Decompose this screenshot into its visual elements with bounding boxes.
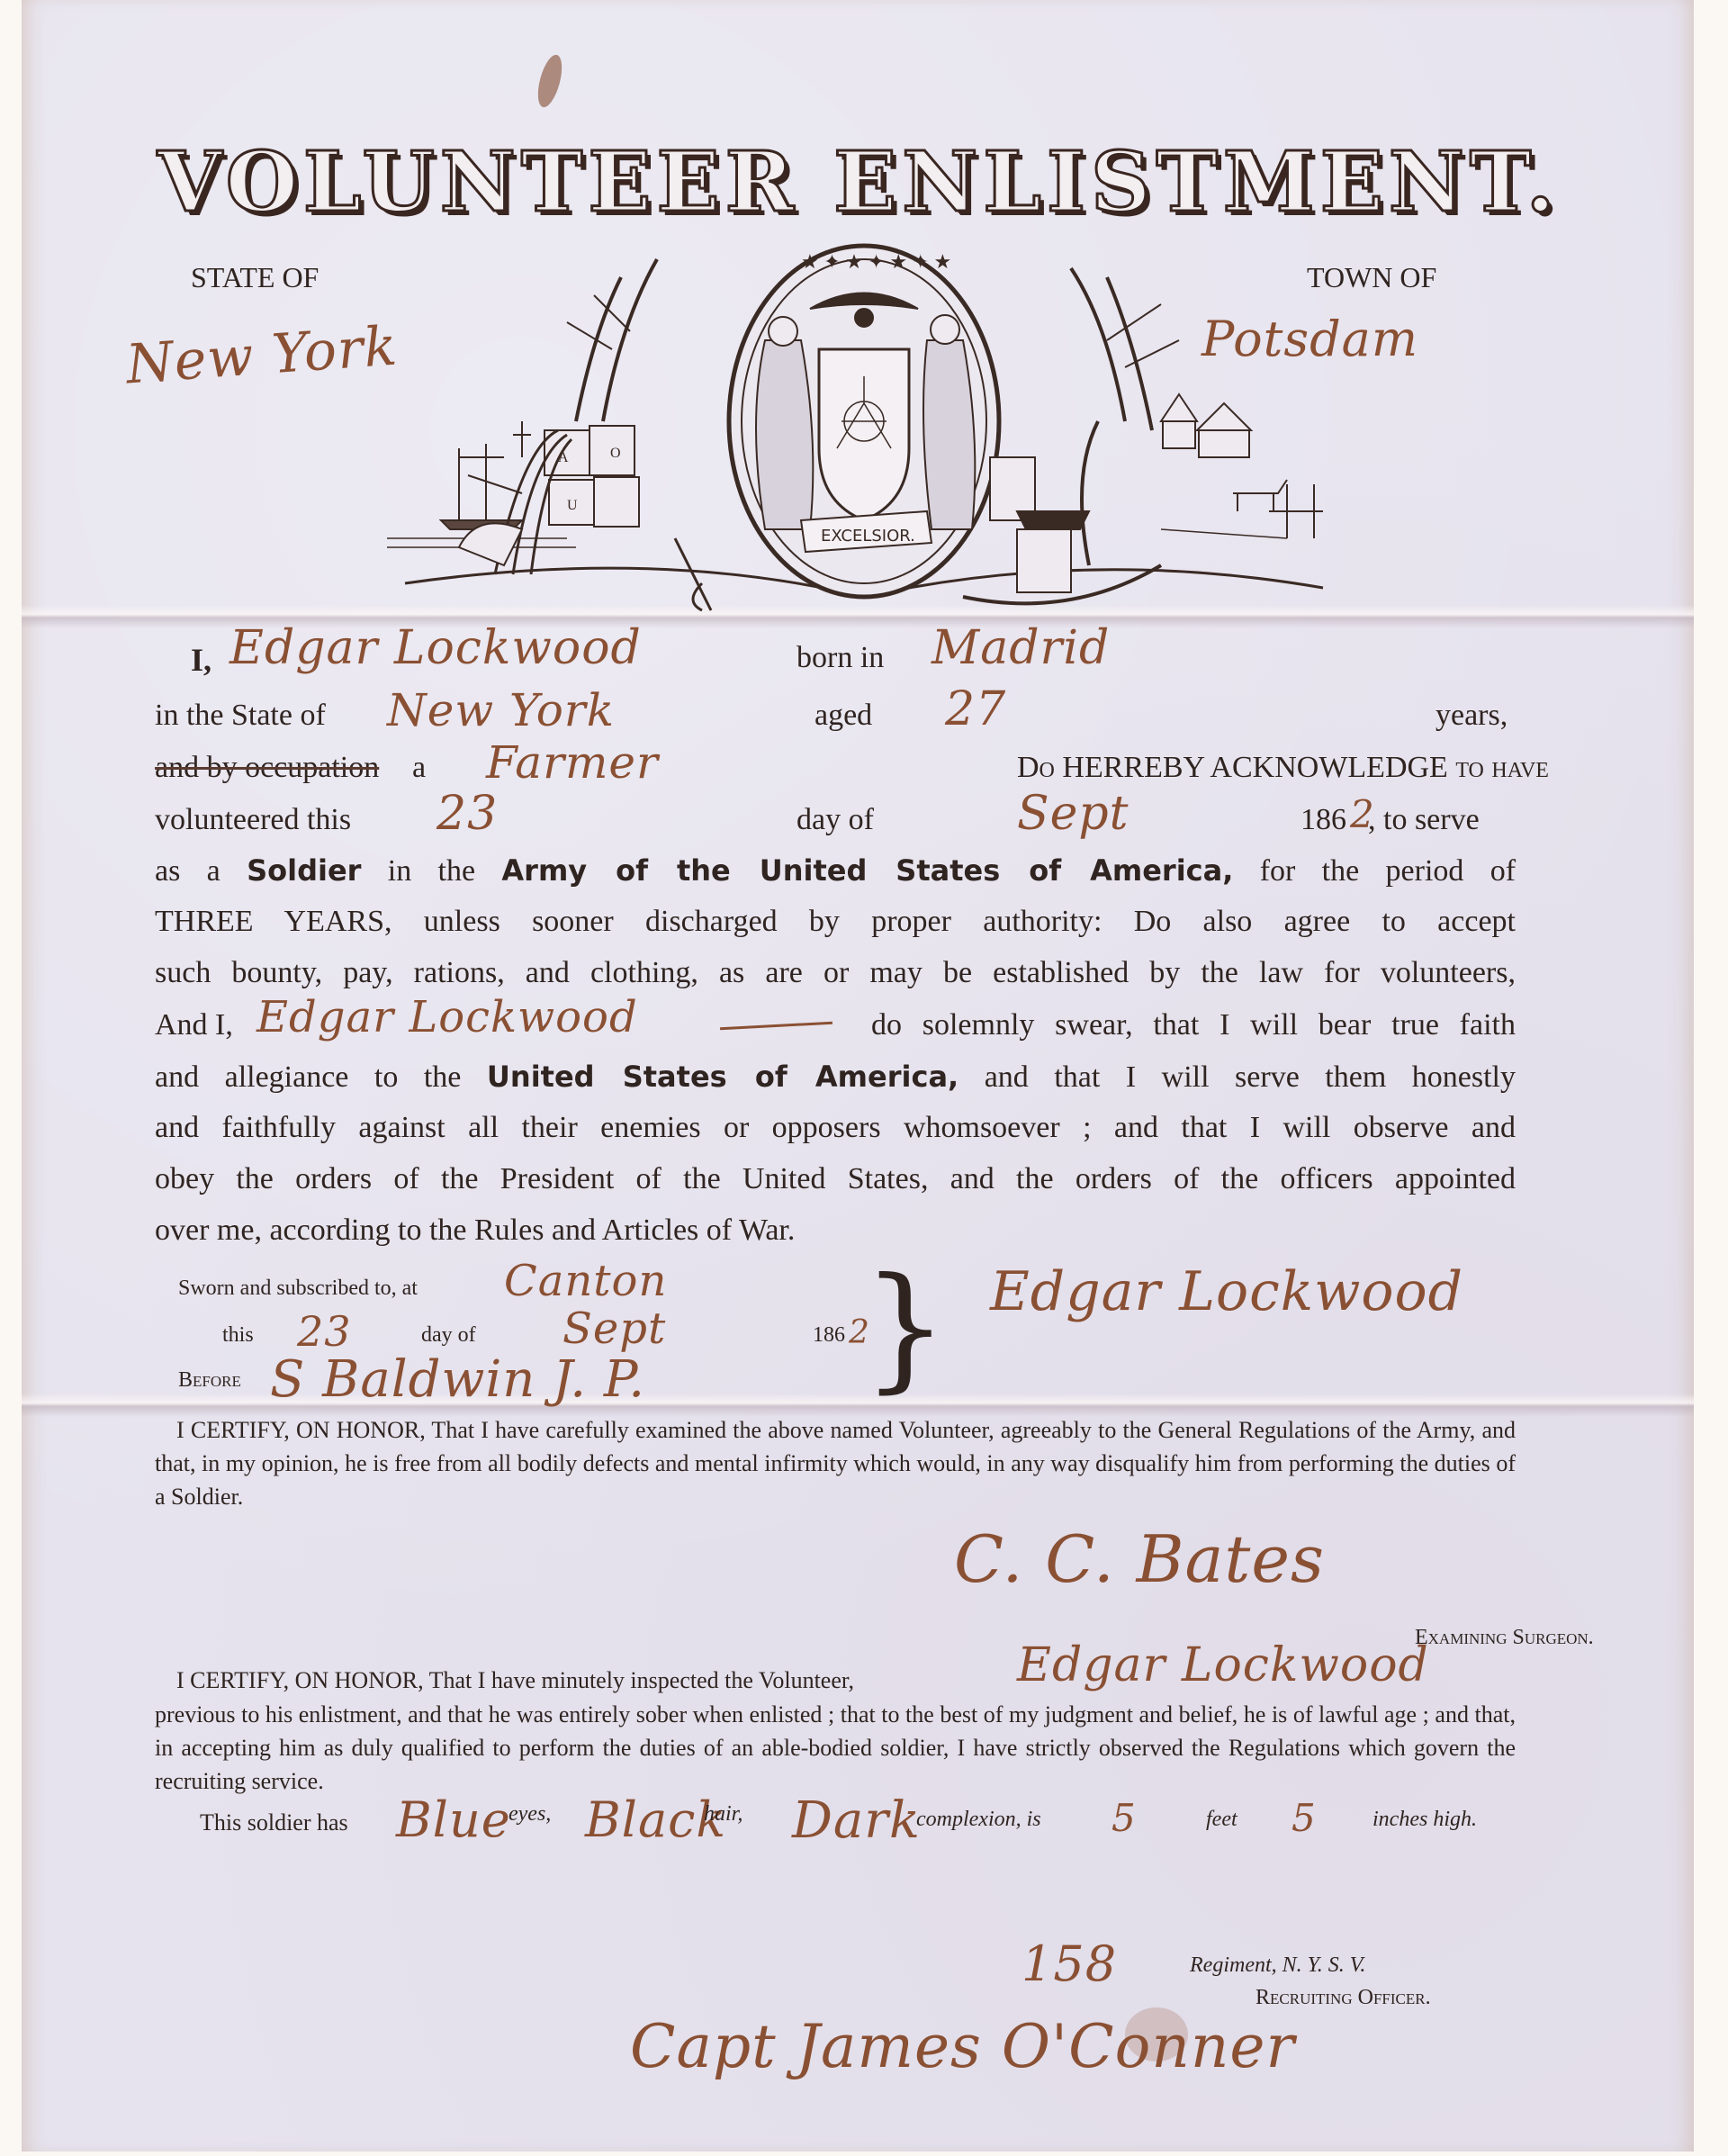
sworn-day-value: 23: [297, 1307, 352, 1356]
surgeon-title: Examining Surgeon.: [1415, 1626, 1594, 1650]
oath-name-value: Edgar Lockwood: [256, 992, 638, 1042]
body-line-three-years: THREE YEARS, unless sooner discharged by…: [155, 905, 1516, 939]
new-york-state-arms-engraving-icon: ★ ✦ ★ ✦ ★ ✦ ★: [387, 241, 1341, 619]
years-label: years,: [1435, 699, 1507, 733]
recruiting-officer-title: Recruiting Officer.: [1255, 1986, 1431, 2010]
i-label: I,: [191, 641, 211, 679]
inches-label: inches high.: [1372, 1808, 1477, 1832]
age-value: 27: [945, 682, 1006, 736]
complexion-label: complexion, is: [916, 1808, 1041, 1832]
volunteer-name: Edgar Lockwood: [229, 621, 642, 675]
sworn-year-prefix: 186: [813, 1323, 845, 1348]
usa-bold: United States of America,: [487, 1060, 958, 1094]
oath-text: do solemnly swear, that I will bear true…: [871, 1008, 1516, 1042]
volunteered-month-value: Sept: [1017, 787, 1129, 841]
to-serve-label: , to serve: [1368, 803, 1480, 837]
volunteered-label: volunteered this: [155, 803, 351, 837]
officer-certificate-start: I CERTIFY, ON HONOR, That I have minutel…: [176, 1667, 854, 1694]
hair-label: hair,: [704, 1802, 742, 1827]
officer-certificate-text: previous to his enlistment, and that he …: [155, 1698, 1516, 1798]
body-line-over-me: over me, according to the Rules and Arti…: [155, 1213, 795, 1248]
birth-state-value: New York: [387, 684, 615, 736]
state-of-label: in the State of: [155, 699, 326, 733]
army-bold: Army of the United States of America,: [501, 853, 1233, 888]
officer-certificate-volunteer-name: Edgar Lockwood: [1017, 1638, 1429, 1692]
complexion-value: Dark: [792, 1791, 921, 1850]
volunteer-signature: Edgar Lockwood: [990, 1260, 1463, 1323]
aged-label: aged: [814, 699, 872, 733]
before-label: Before: [178, 1368, 241, 1393]
body-line-allegiance: and allegiance to the United States of A…: [155, 1060, 1516, 1095]
and-i-label: And I,: [155, 1008, 233, 1042]
before-signature: S Baldwin J. P.: [270, 1350, 645, 1409]
body-line-faithfully: and faithfully against all their enemies…: [155, 1111, 1516, 1145]
emblem-motto: EXCELSIOR.: [821, 527, 915, 546]
svg-text:★ ✦ ★ ✦ ★ ✦ ★: ★ ✦ ★ ✦ ★ ✦ ★: [801, 250, 951, 273]
sworn-day-of-label: day of: [421, 1323, 476, 1348]
recruiting-officer-signature: Capt James O'Conner: [630, 2012, 1295, 2081]
regiment-label: Regiment, N. Y. S. V.: [1190, 1953, 1365, 1978]
document-title: VOLUNTEER ENLISTMENT.: [157, 133, 1480, 230]
born-in-label: born in: [796, 641, 884, 675]
sworn-label: Sworn and subscribed to, at: [178, 1276, 418, 1301]
occupation-label-a: a: [412, 751, 426, 785]
surgeon-signature: C. C. Bates: [954, 1521, 1325, 1597]
surgeon-certificate-text: I CERTIFY, ON HONOR, That I have careful…: [155, 1413, 1516, 1513]
volunteered-day-value: 23: [436, 787, 498, 841]
eyes-label: eyes,: [508, 1802, 551, 1827]
soldier-bold: Soldier: [247, 853, 361, 888]
svg-text:O: O: [610, 446, 621, 461]
text: and allegiance to the: [155, 1060, 461, 1094]
sworn-month-value: Sept: [562, 1304, 666, 1354]
regiment-number: 158: [1021, 1935, 1117, 1992]
body-line-obey: obey the orders of the President of the …: [155, 1162, 1516, 1196]
text: in the: [388, 854, 475, 888]
body-line-bounty: such bounty, pay, rations, and clothing,…: [155, 956, 1516, 990]
svg-text:A: A: [558, 450, 569, 465]
text: as a: [155, 854, 220, 888]
occupation-label-struck: and by occupation: [155, 751, 379, 785]
occupation-value: Farmer: [486, 736, 659, 789]
birthplace-value: Madrid: [931, 621, 1110, 675]
year-prefix: 186: [1300, 803, 1346, 837]
feet-label: feet: [1206, 1808, 1237, 1832]
body-line-soldier: as a Soldier in the Army of the United S…: [155, 853, 1516, 889]
text: for the period of: [1260, 854, 1516, 888]
svg-text:U: U: [567, 498, 578, 513]
sworn-place-value: Canton: [504, 1256, 667, 1306]
description-label: This soldier has: [200, 1809, 348, 1836]
acknowledge-text: Do HERREBY ACKNOWLEDGE to have: [1017, 751, 1549, 785]
state-label: STATE OF: [191, 261, 319, 294]
text: and that I will serve them honestly: [985, 1060, 1516, 1094]
sworn-this-label: this: [222, 1323, 254, 1348]
day-of-label: day of: [796, 803, 874, 837]
eyes-value: Blue: [396, 1791, 511, 1848]
brace-icon: }: [862, 1260, 948, 1395]
inches-value: 5: [1291, 1796, 1317, 1840]
feet-value: 5: [1111, 1796, 1137, 1840]
